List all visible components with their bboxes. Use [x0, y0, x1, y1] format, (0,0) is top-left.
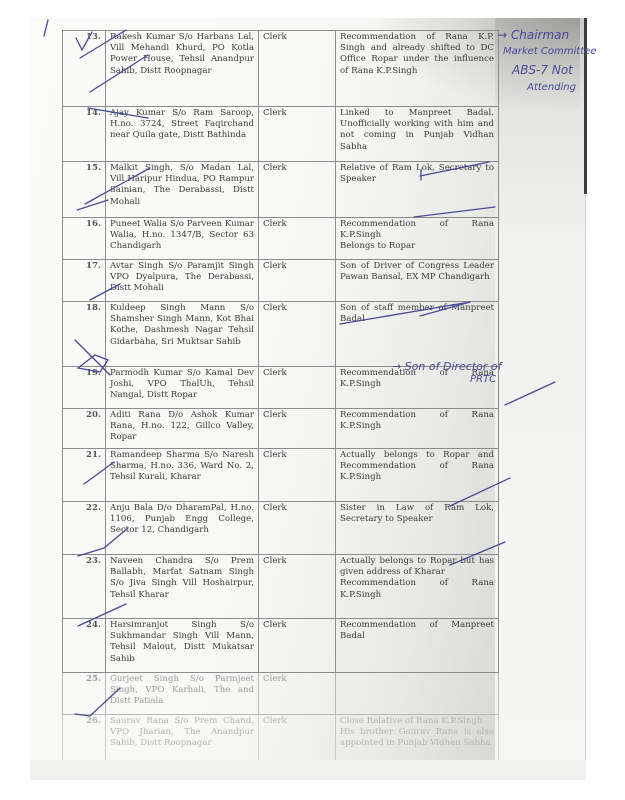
designation: Clerk — [259, 619, 336, 673]
employee-name-address: Parmodh Kumar S/o Kamal Dev Joshi, VPO T… — [106, 367, 259, 409]
row-number: 24. — [63, 619, 106, 673]
designation: Clerk — [259, 31, 336, 107]
handwritten-note: Market Committee — [503, 46, 596, 57]
row-number: 25. — [63, 673, 106, 715]
remarks-line: Recommendation of Rana K.P.Singh Belongs… — [340, 219, 494, 251]
designation: Clerk — [259, 449, 336, 502]
employee-name-address: Kuldeep Singh Mann S/o Shamsher Singh Ma… — [106, 302, 259, 367]
table-row: 21. Ramandeep Sharma S/o Naresh Sharma, … — [63, 449, 499, 502]
employee-name-address: Aditi Rana D/o Ashok Kumar Rana, H.no. 1… — [106, 409, 259, 449]
table-row: 17. Avtar Singh S/o Paramjit Singh VPO D… — [63, 260, 499, 302]
table-row: 20. Aditi Rana D/o Ashok Kumar Rana, H.n… — [63, 409, 499, 449]
employee-name-address: Harsimranjot Singh S/o Sukhmandar Singh … — [106, 619, 259, 673]
page-bottom — [30, 760, 586, 780]
row-number: 14. — [63, 107, 106, 162]
designation: Clerk — [259, 673, 336, 715]
row-number: 23. — [63, 555, 106, 619]
handwritten-note: ABS-7 Not — [512, 63, 573, 77]
employee-name-address: Malkit Singh, S/o Madan Lal, Vill Haripu… — [106, 162, 259, 218]
employee-name-address: Naveen Chandra S/o Prem Ballabh, Marfat … — [106, 555, 259, 619]
remarks: Recommendation of Rana K.P.Singh — [336, 409, 499, 449]
row-number: 17. — [63, 260, 106, 302]
remarks: Recommendation of Rana K.P.Singh Belongs… — [336, 218, 499, 260]
remarks-line: Actually belongs to Ropar but has given … — [340, 556, 494, 600]
designation: Clerk — [259, 162, 336, 218]
table-row: 13. Rakesh Kumar S/o Harbans Lal, Vill M… — [63, 31, 499, 107]
remarks — [336, 673, 499, 715]
remarks: Son of Driver of Congress Leader Pawan B… — [336, 260, 499, 302]
employee-name-address: Ramandeep Sharma S/o Naresh Sharma, H.no… — [106, 449, 259, 502]
remarks: Recommendation of Rana K.P. Singh and al… — [336, 31, 499, 107]
employee-name-address: Anju Bala D/o DharamPal, H.no. 1106, Pun… — [106, 502, 259, 555]
employee-name-address: Rakesh Kumar S/o Harbans Lal, Vill Mehan… — [106, 31, 259, 107]
designation: Clerk — [259, 107, 336, 162]
handwritten-note: Attending — [527, 82, 576, 93]
table-row: 14. Ajay Kumar S/o Ram Saroop, H.no. 372… — [63, 107, 499, 162]
remarks-line: Close Relative of Rana K.P.Singh His bro… — [340, 716, 494, 748]
row-number: 22. — [63, 502, 106, 555]
table-row: 23. Naveen Chandra S/o Prem Ballabh, Mar… — [63, 555, 499, 619]
table-row: 18. Kuldeep Singh Mann S/o Shamsher Sing… — [63, 302, 499, 367]
remarks: Son of staff member of Manpreet Badal — [336, 302, 499, 367]
employee-name-address: Avtar Singh S/o Paramjit Singh VPO Dyalp… — [106, 260, 259, 302]
table-row: 24. Harsimranjot Singh S/o Sukhmandar Si… — [63, 619, 499, 673]
page-edge-lower — [585, 194, 586, 780]
table-row: 22. Anju Bala D/o DharamPal, H.no. 1106,… — [63, 502, 499, 555]
row-number: 20. — [63, 409, 106, 449]
remarks: Actually belongs to Ropar and Recommenda… — [336, 449, 499, 502]
designation: Clerk — [259, 555, 336, 619]
table-row: 16. Puneet Walia S/o Parveen Kumar Walia… — [63, 218, 499, 260]
handwritten-note: PRTC — [470, 374, 496, 385]
row-number: 16. — [63, 218, 106, 260]
row-number: 19. — [63, 367, 106, 409]
designation: Clerk — [259, 302, 336, 367]
table-row: 25. Gurjeet Singh S/o Parmjeet Singh, VP… — [63, 673, 499, 715]
designation: Clerk — [259, 367, 336, 409]
remarks: Linked to Manpreet Badal. Unofficially w… — [336, 107, 499, 162]
remarks: Actually belongs to Ropar but has given … — [336, 555, 499, 619]
remarks: Relative of Ram Lok, Secretary to Speake… — [336, 162, 499, 218]
employee-name-address: Gurjeet Singh S/o Parmjeet Singh, VPO Ka… — [106, 673, 259, 715]
remarks: Sister in Law of Ram Lok, Secretary to S… — [336, 502, 499, 555]
table-row: 15. Malkit Singh, S/o Madan Lal, Vill Ha… — [63, 162, 499, 218]
remarks: Recommendation of Manpreet Badal — [336, 619, 499, 673]
row-number: 13. — [63, 31, 106, 107]
row-number: 15. — [63, 162, 106, 218]
designation: Clerk — [259, 409, 336, 449]
designation: Clerk — [259, 260, 336, 302]
designation: Clerk — [259, 502, 336, 555]
handwritten-note: → Son of Director of — [392, 360, 502, 373]
staff-table: 13. Rakesh Kumar S/o Harbans Lal, Vill M… — [62, 30, 499, 779]
employee-name-address: Ajay Kumar S/o Ram Saroop, H.no. 3724, S… — [106, 107, 259, 162]
row-number: 18. — [63, 302, 106, 367]
page-edge — [584, 18, 587, 194]
employee-name-address: Puneet Walia S/o Parveen Kumar Walia, H.… — [106, 218, 259, 260]
page-margin-shadow — [495, 18, 586, 780]
row-number: 21. — [63, 449, 106, 502]
designation: Clerk — [259, 218, 336, 260]
handwritten-note: → Chairman — [497, 28, 569, 42]
